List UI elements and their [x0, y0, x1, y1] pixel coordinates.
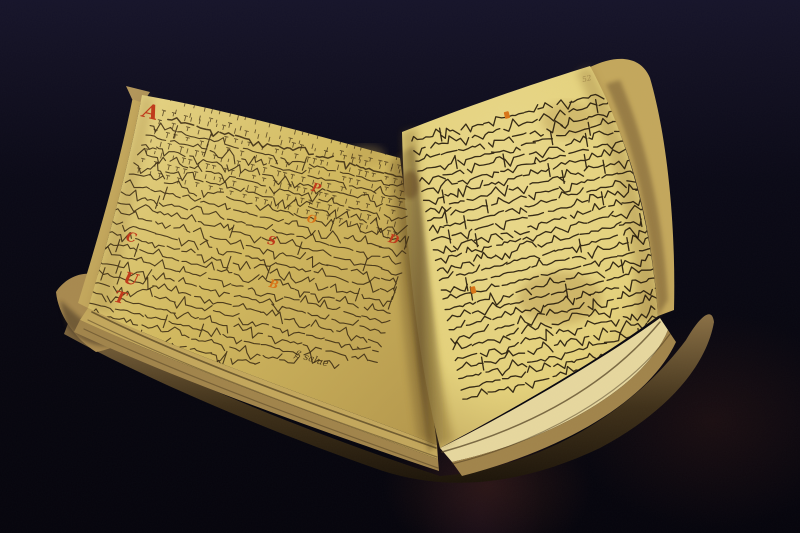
manuscript-scene: APODSCBUTß salue 52 [0, 0, 800, 533]
photo-grain [0, 0, 800, 533]
manuscript-photo: Open medieval parchment manuscript codex… [0, 0, 800, 533]
